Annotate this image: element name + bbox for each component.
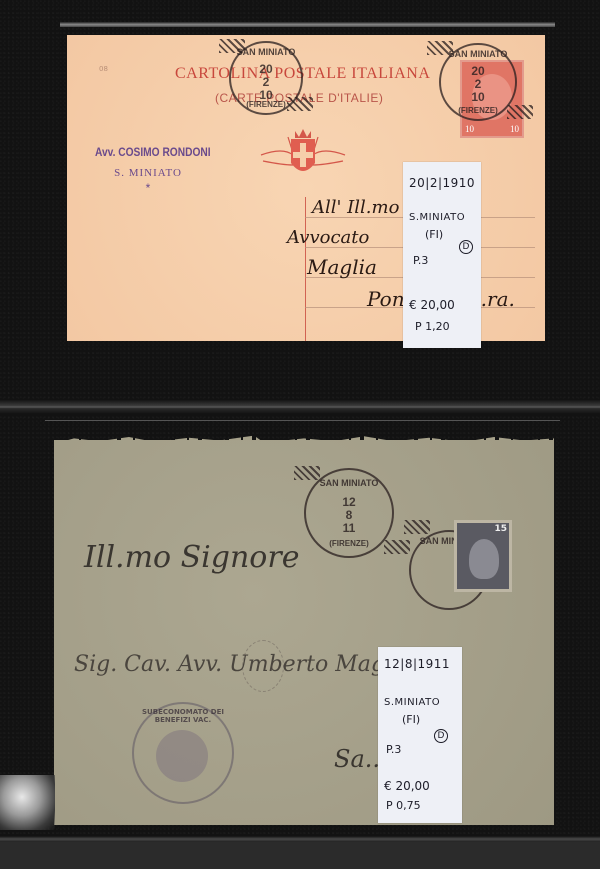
postmark-province: (FIRENZE): [306, 539, 392, 548]
postage-stamp-15c: 15: [454, 520, 512, 592]
catalogue-slip-1910: 20|2|1910 S.MINIATO (FI) D P.3 € 20,00 P…: [403, 162, 481, 348]
seal-emblem: [156, 730, 208, 782]
slip-grade: D: [459, 240, 473, 254]
slip-date: 20|2|1910: [409, 176, 475, 190]
slip-grade: D: [434, 729, 448, 743]
stamp-value-right: 10: [510, 124, 519, 134]
light-glare: [0, 775, 55, 830]
address-margin-line: [305, 197, 306, 341]
sender-city: S. MINIATO: [65, 167, 231, 179]
sender-ornament: *: [65, 181, 231, 195]
cancel-bars: [384, 540, 410, 554]
cancel-bars: [294, 466, 320, 480]
album-strip-divider: [0, 400, 600, 414]
address-handwriting: Maglia: [307, 255, 377, 279]
catalogue-slip-1911: 12|8|1911 S.MINIATO (FI) D P.3 € 20,00 P…: [378, 647, 462, 823]
form-number: 08: [99, 65, 108, 73]
official-seal: SUBECONOMATO DEI BENEFIZI VAC.: [132, 702, 234, 804]
stamp-value: 15: [494, 524, 507, 534]
slip-reference: P.3: [386, 743, 401, 756]
postmark-cancel: SAN MINIATO 12 8 11 (FIRENZE): [304, 468, 394, 558]
cancel-bars: [287, 97, 313, 111]
postmark-province: (FIRENZE): [441, 106, 515, 115]
stamp-value-left: 10: [465, 124, 474, 134]
slip-place: S.MINIATO: [409, 212, 465, 223]
envelope-1911: SAN MINIATO 12 8 11 (FIRENZE) SAN MINIAT…: [54, 440, 554, 825]
slip-price: € 20,00: [409, 298, 455, 312]
slip-points: P 1,20: [415, 320, 450, 333]
postmark-date: 20 2 10: [441, 65, 515, 104]
slip-points: P 0,75: [386, 799, 421, 812]
postmark-date: 12 8 11: [306, 496, 392, 535]
savoy-crest-icon: [253, 125, 353, 183]
slip-reference: P.3: [413, 254, 428, 267]
cancel-bars: [427, 41, 453, 55]
address-handwriting: Avvocato: [287, 227, 369, 248]
slip-province: (FI): [402, 713, 420, 726]
slip-place: S.MINIATO: [384, 697, 440, 708]
sender-name: Avv. COSIMO RONDONI: [95, 145, 211, 159]
address-handwriting: Ill.mo Signore: [84, 540, 299, 575]
slip-price: € 20,00: [384, 779, 430, 793]
album-strip-line: [45, 420, 560, 421]
cancel-bars: [404, 520, 430, 534]
cancel-bars: [507, 105, 533, 119]
seal-text: SUBECONOMATO DEI BENEFIZI VAC.: [134, 708, 232, 724]
faint-postmark: [242, 640, 284, 692]
king-portrait: [469, 539, 499, 579]
slip-province: (FI): [425, 228, 443, 241]
album-pocket: [0, 842, 600, 869]
sender-stamp: Avv. COSIMO RONDONI S. MINIATO *: [95, 145, 231, 195]
slip-date: 12|8|1911: [384, 657, 450, 671]
cancel-bars: [219, 39, 245, 53]
album-strip-top: [60, 22, 555, 27]
